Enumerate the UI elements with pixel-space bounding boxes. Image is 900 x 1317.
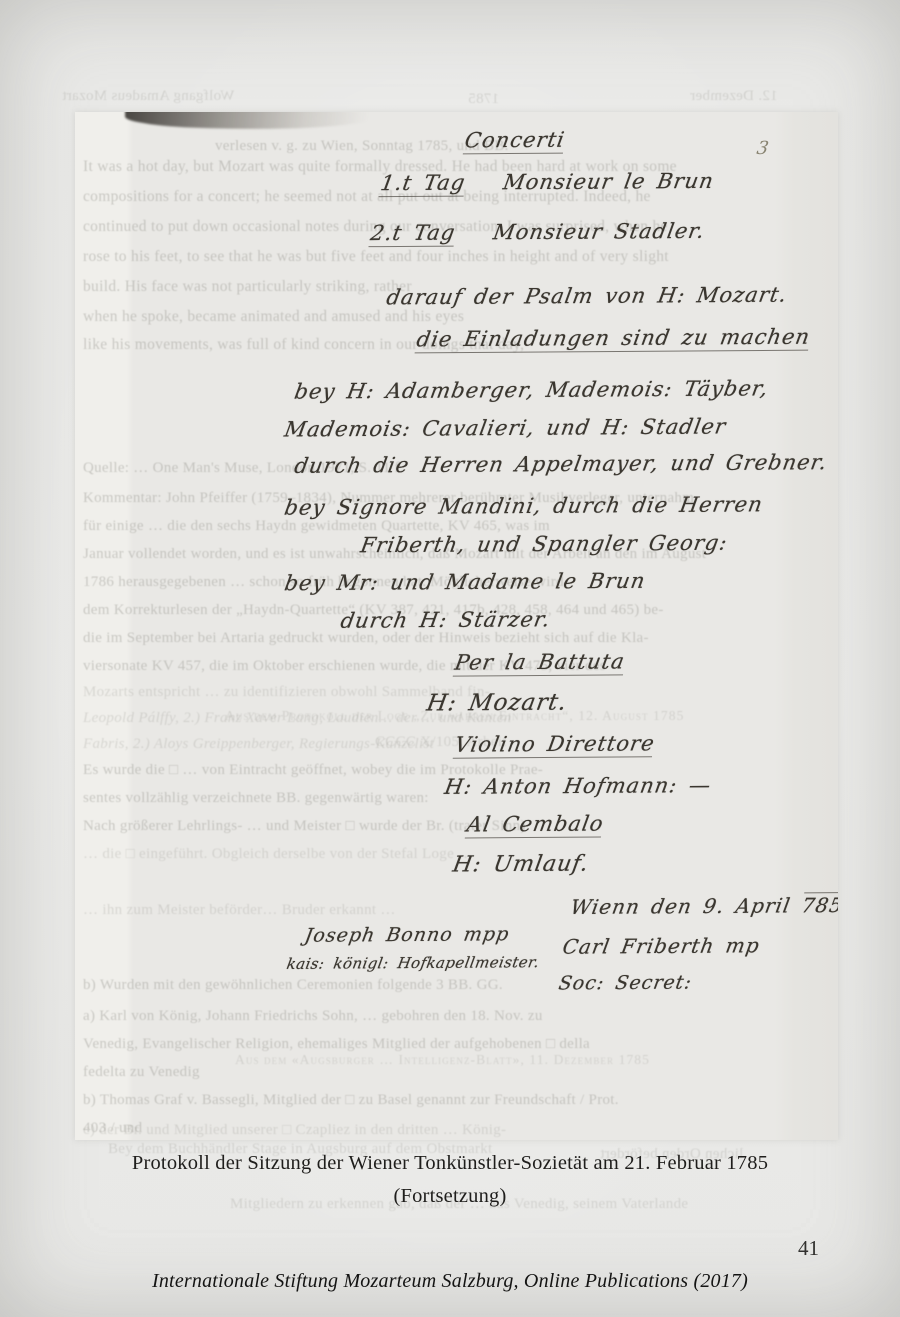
date-year: 785.: [800, 892, 838, 917]
ghost-text-line: sentes vollzählig verzeichnete BB. gegen…: [83, 790, 429, 807]
book-page: Wolfgang Amadeus Mozart 1785 12. Dezembe…: [0, 0, 900, 1317]
manuscript-heading: Concerti: [463, 128, 567, 155]
day-performer: Monsieur le Brun: [501, 169, 715, 194]
manuscript-line: Al Cembalo: [465, 812, 606, 839]
manuscript-line: Mademois: Cavalieri, und H: Stadler: [283, 414, 728, 441]
page-number: 41: [798, 1236, 819, 1261]
smudge: [125, 112, 380, 131]
publication-footer: Internationale Stiftung Mozarteum Salzbu…: [0, 1270, 900, 1293]
manuscript-line: durch die Herren Appelmayer, und Grebner…: [293, 450, 830, 478]
ghost-text-line: Venedig, Evangelischer Religion, ehemali…: [83, 1036, 590, 1053]
ghost-text-line: die im September bei Artaria gedruckt wu…: [83, 630, 649, 647]
manuscript-photo: verlesen v. g. zu Wien, Sonntag 1785, un…: [75, 112, 838, 1140]
ghost-text-line: 12. Dezember: [690, 88, 778, 105]
manuscript-line: Violino Direttore: [453, 731, 657, 758]
manuscript-line: bey Mr: und Madame le Brun: [283, 569, 648, 596]
day-performer: Monsieur Stadler.: [491, 219, 706, 244]
signature-friberth-name: Carl Friberth mp: [561, 933, 762, 958]
manuscript-dateline: Wienn den 9. April 785.: [569, 893, 838, 919]
ghost-text-line: when he spoke, became animated and amuse…: [83, 308, 464, 326]
day-label: 1.t Tag: [378, 171, 467, 198]
ghost-text-line: … die □ eingeführt. Obgleich derselbe vo…: [83, 846, 473, 863]
ghost-text-line: Aus dem «Augsburger … Intelligenz-Blatt»…: [235, 1052, 650, 1068]
date-place: Wienn den 9. April: [569, 893, 793, 919]
ghost-text-line: rose to his feet, to see that he was but…: [83, 248, 669, 266]
ghost-text-line: 1785: [468, 91, 499, 108]
ghost-text-line: b) Wurden mit den gewöhnlichen Ceremonie…: [83, 977, 503, 994]
figure-caption-line1: Protokoll der Sitzung der Wiener Tonküns…: [0, 1152, 900, 1175]
manuscript-line: bey H: Adamberger, Mademois: Täyber,: [293, 376, 771, 403]
ghost-text-line: fedelta zu Venedig: [83, 1064, 200, 1081]
ghost-text-line: Wolfgang Amadeus Mozart: [62, 88, 234, 105]
manuscript-line: 1.t TagMonsieur le Brun: [379, 169, 716, 195]
figure-caption-line2: (Fortsetzung): [0, 1185, 900, 1208]
manuscript-line: die Einladungen sind zu machen: [415, 325, 813, 354]
day-label: 2.t Tag: [368, 221, 457, 248]
ghost-text-line: … ihn zum Meister beförder… Bruder erkan…: [83, 902, 396, 919]
ghost-text-line: Nach größerer Lehrlings- … und Meister □…: [83, 818, 526, 835]
manuscript-line: Per la Battuta: [453, 649, 627, 676]
manuscript-line: Friberth, und Spangler Georg:: [359, 531, 730, 558]
manuscript-line: H: Mozart.: [425, 690, 569, 717]
ghost-text-line: b) Thomas Graf v. Bassegli, Mitglied der…: [83, 1092, 619, 1109]
ghost-text-line: c) der Br. und Mitglied unserer □ Czapli…: [83, 1122, 506, 1139]
ghost-text-line: build. His face was not particularly str…: [83, 278, 412, 296]
manuscript-line: H: Umlauf.: [451, 852, 591, 878]
manuscript-line: 2.t TagMonsieur Stadler.: [369, 219, 707, 245]
signature-friberth-title: Soc: Secret:: [557, 972, 694, 995]
manuscript-line: durch H: Stärzer.: [339, 607, 553, 632]
manuscript-folio-number: 3: [755, 138, 771, 159]
manuscript-line: darauf der Psalm von H: Mozart.: [385, 283, 789, 310]
signature-bonno-title: kais: königl: Hofkapellmeister.: [285, 953, 540, 973]
manuscript-line: bey Signore Mandini, durch die Herren: [283, 492, 765, 519]
signature-bonno-name: Joseph Bonno mpp: [303, 923, 511, 946]
manuscript-line: H: Anton Hofmann: —: [443, 773, 713, 799]
ghost-text-line: a) Karl von König, Johann Friedrichs Soh…: [83, 1008, 543, 1025]
